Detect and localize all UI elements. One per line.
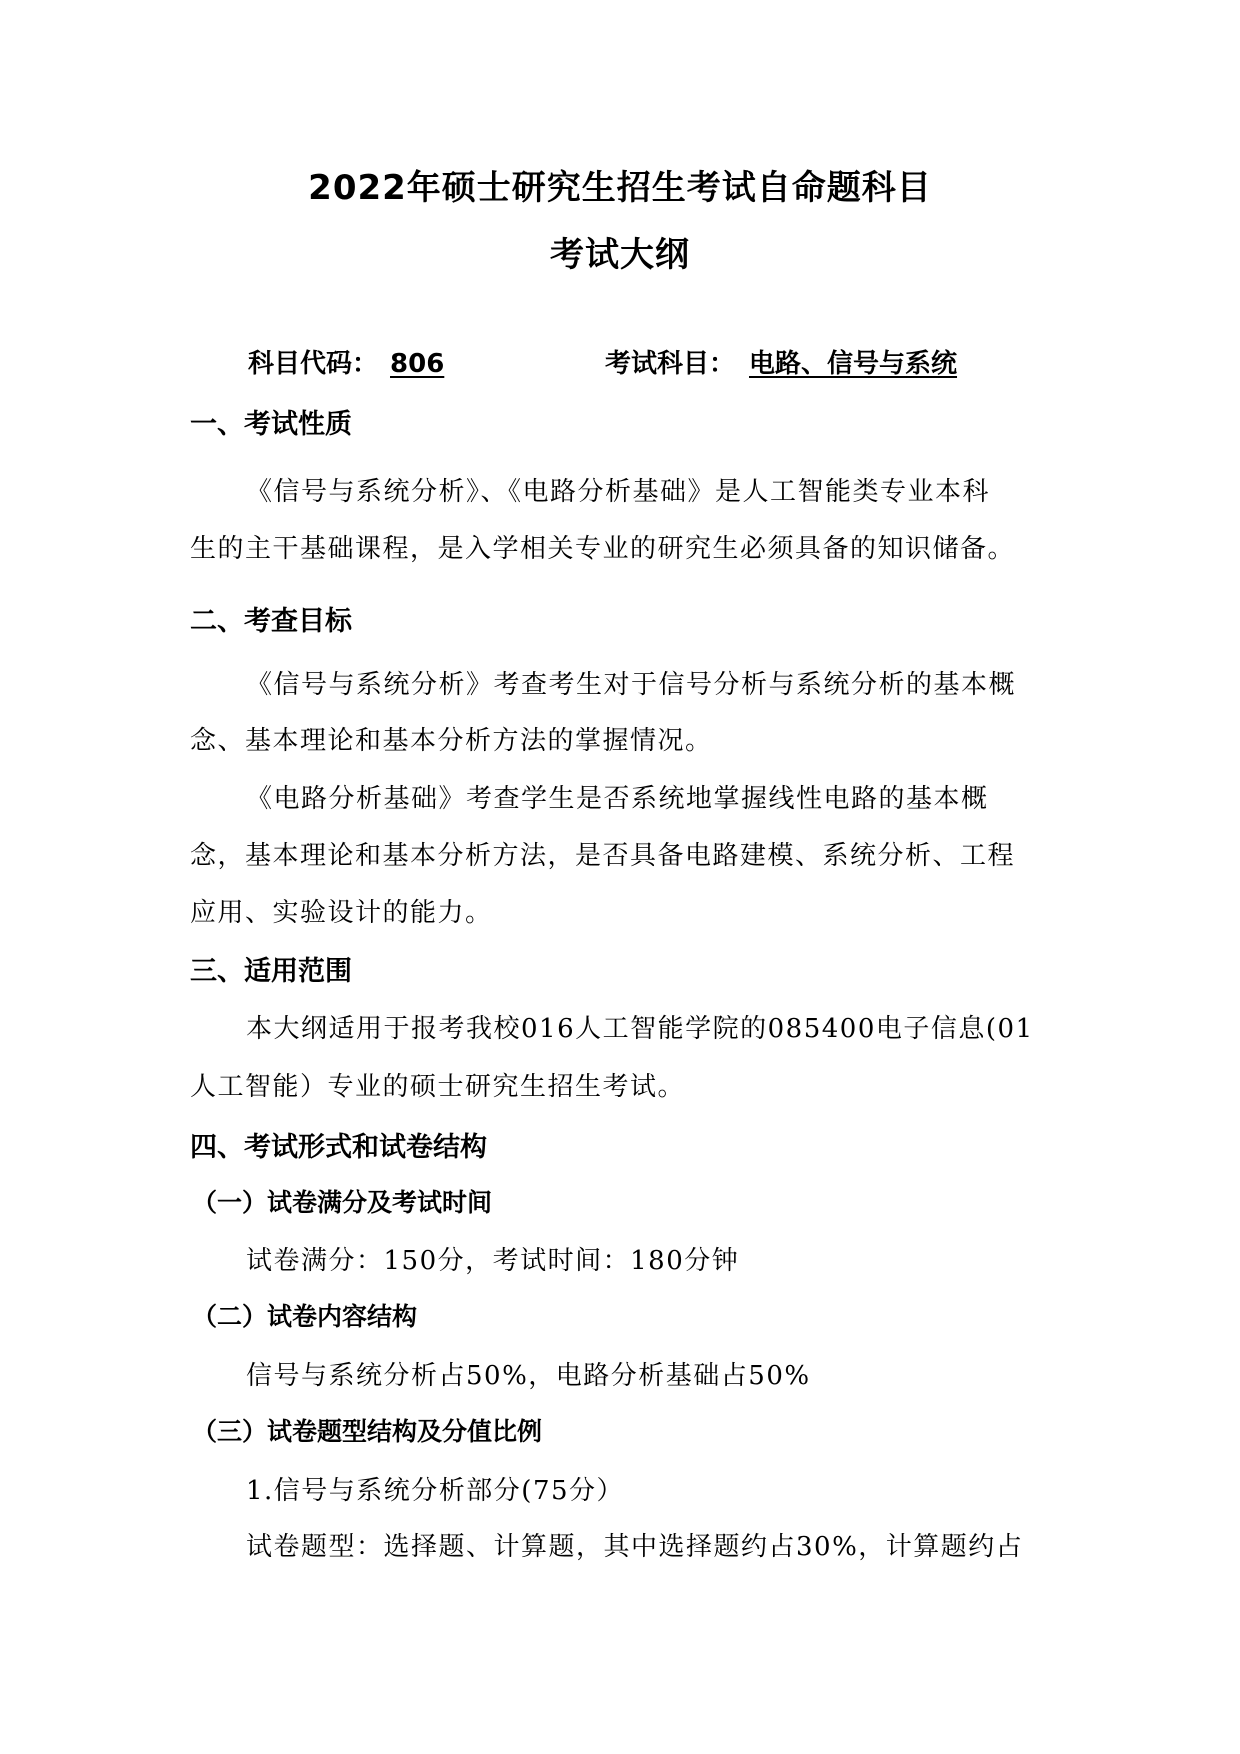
section-heading-objectives: 二、考查目标	[190, 599, 352, 638]
paragraph: 信号与系统分析占50%，电路分析基础占50%	[246, 1355, 811, 1392]
paragraph: 试卷满分：150分，考试时间：180分钟	[246, 1240, 739, 1277]
paragraph: 应用、实验设计的能力。	[190, 892, 493, 929]
paragraph: 本大纲适用于报考我校016人工智能学院的085400电子信息(01	[246, 1008, 1034, 1045]
paragraph: 试卷题型：选择题、计算题，其中选择题约占30%，计算题约占	[246, 1526, 1023, 1563]
subject-code-field: 科目代码：806	[248, 343, 458, 380]
document-title: 2022年硕士研究生招生考试自命题科目	[0, 160, 1240, 209]
section-heading-scope: 三、适用范围	[190, 949, 352, 988]
section-heading-format: 四、考试形式和试卷结构	[190, 1125, 487, 1164]
subject-code-label: 科目代码：	[248, 349, 378, 379]
paragraph: 《信号与系统分析》、《电路分析基础》是人工智能类专业本科	[246, 471, 990, 508]
document-subtitle: 考试大纲	[0, 227, 1240, 276]
paragraph: 人工智能）专业的硕士研究生招生考试。	[190, 1066, 685, 1103]
paragraph: 念，基本理论和基本分析方法，是否具备电路建模、系统分析、工程	[190, 835, 1015, 872]
paragraph: 《电路分析基础》考查学生是否系统地掌握线性电路的基本概	[246, 778, 989, 815]
section-heading-nature: 一、考试性质	[190, 402, 352, 441]
subsection-heading-score-time: （一）试卷满分及考试时间	[192, 1183, 492, 1219]
subject-name-label: 考试科目：	[605, 349, 735, 379]
subject-code-value: 806	[378, 349, 458, 379]
paragraph: 《信号与系统分析》考查考生对于信号分析与系统分析的基本概	[246, 664, 1016, 701]
paragraph: 念、基本理论和基本分析方法的掌握情况。	[190, 720, 713, 757]
subject-name-value: 电路、信号与系统	[735, 343, 957, 380]
paragraph: 生的主干基础课程，是入学相关专业的研究生必须具备的知识储备。	[190, 528, 1015, 565]
subsection-heading-question-types: （三）试卷题型结构及分值比例	[192, 1412, 542, 1448]
subsection-heading-content: （二）试卷内容结构	[192, 1297, 417, 1333]
paragraph: 1.信号与系统分析部分(75分）	[246, 1470, 624, 1507]
subject-name-field: 考试科目：电路、信号与系统	[605, 343, 957, 380]
